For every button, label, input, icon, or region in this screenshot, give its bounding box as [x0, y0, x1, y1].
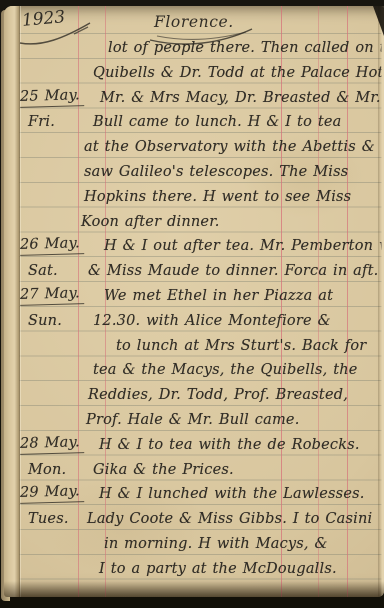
- entry-text: H & I out after tea. Mr. Pemberton w: [104, 239, 384, 254]
- photograph-of-diary-page: 1923 Florence. lot of people there. Then…: [0, 0, 384, 608]
- entry-text: to lunch at Mrs Sturt's. Back for: [116, 339, 366, 354]
- entry-text: Gika & the Prices.: [93, 463, 234, 478]
- entry-day: Tues.: [28, 512, 69, 527]
- journal-row: Tues.Lady Coote & Miss Gibbs. I to Casin…: [4, 504, 384, 529]
- entry-text: saw Galileo's telescopes. The Miss: [84, 165, 348, 180]
- entry-text: Hopkins there. H went to see Miss: [84, 190, 351, 205]
- journal-row: Koon after dinner.: [4, 207, 384, 232]
- journal-row: 26 May.H & I out after tea. Mr. Pemberto…: [4, 231, 384, 256]
- entry-text: Prof. Hale & Mr. Bull came.: [86, 413, 300, 428]
- entry-date: 29 May.: [20, 485, 84, 504]
- entry-text: lot of people there. Then called on the: [108, 41, 384, 56]
- journal-row: Sun.12.30. with Alice Montefiore &: [4, 306, 384, 331]
- journal-row: Mon.Gika & the Prices.: [4, 455, 384, 480]
- entry-day: Fri.: [28, 115, 55, 130]
- journal-row: Sat.& Miss Maude to dinner. Forca in aft…: [4, 256, 384, 281]
- entry-date: 25 May.: [20, 88, 84, 107]
- entry-text: in morning. H with Macys, &: [104, 537, 328, 552]
- journal-row: to lunch at Mrs Sturt's. Back for: [4, 331, 384, 356]
- entry-day: Mon.: [28, 463, 66, 478]
- entry-text: H & I to tea with the de Robecks.: [99, 438, 360, 453]
- entry-text: Koon after dinner.: [81, 215, 220, 230]
- entry-text: H & I lunched with the Lawlesses.: [99, 487, 365, 502]
- journal-row: 28 May.H & I to tea with the de Robecks.: [4, 430, 384, 455]
- journal-row: at the Observatory with the Abettis &: [4, 132, 384, 157]
- entry-text: Quibells & Dr. Todd at the Palace Hotel.: [93, 66, 384, 81]
- entry-text: tea & the Macys, the Quibells, the: [93, 363, 358, 378]
- entry-text: at the Observatory with the Abettis &: [84, 140, 375, 155]
- entry-text: Lady Coote & Miss Gibbs. I to Casini: [87, 512, 372, 527]
- journal-row: in morning. H with Macys, &: [4, 529, 384, 554]
- journal-row: 25 May.Mr. & Mrs Macy, Dr. Breasted & Mr…: [4, 83, 384, 108]
- entry-text: Reddies, Dr. Todd, Prof. Breasted,: [88, 388, 348, 403]
- journal-row: tea & the Macys, the Quibells, the: [4, 355, 384, 380]
- journal-lines: lot of people there. Then called on theQ…: [4, 6, 384, 597]
- journal-row: Prof. Hale & Mr. Bull came.: [4, 405, 384, 430]
- journal-row: Quibells & Dr. Todd at the Palace Hotel.: [4, 58, 384, 83]
- entry-text: 12.30. with Alice Montefiore &: [93, 314, 331, 329]
- diary-page: 1923 Florence. lot of people there. Then…: [4, 6, 384, 597]
- journal-row: 27 May.We met Ethel in her Piazza at: [4, 281, 384, 306]
- journal-row: I to a party at the McDougalls.: [4, 554, 384, 579]
- entry-text: Mr. & Mrs Macy, Dr. Breasted & Mr.: [100, 91, 381, 106]
- page-edge-right: [378, 6, 384, 597]
- entry-day: Sat.: [28, 264, 58, 279]
- journal-row: saw Galileo's telescopes. The Miss: [4, 157, 384, 182]
- journal-row: 29 May.H & I lunched with the Lawlesses.: [4, 479, 384, 504]
- entry-date: 27 May.: [20, 286, 84, 305]
- entry-date: 28 May.: [20, 435, 84, 454]
- entry-text: Bull came to lunch. H & I to tea: [93, 115, 341, 130]
- bottom-shadow: [4, 581, 384, 597]
- entry-text: We met Ethel in her Piazza at: [104, 289, 333, 304]
- entry-day: Sun.: [28, 314, 62, 329]
- entry-text: I to a party at the McDougalls.: [99, 562, 337, 577]
- entry-date: 26 May.: [20, 237, 84, 256]
- entry-text: & Miss Maude to dinner. Forca in aft.: [88, 264, 378, 279]
- journal-row: Hopkins there. H went to see Miss: [4, 182, 384, 207]
- journal-row: lot of people there. Then called on the: [4, 33, 384, 58]
- journal-row: Reddies, Dr. Todd, Prof. Breasted,: [4, 380, 384, 405]
- journal-row: Fri.Bull came to lunch. H & I to tea: [4, 107, 384, 132]
